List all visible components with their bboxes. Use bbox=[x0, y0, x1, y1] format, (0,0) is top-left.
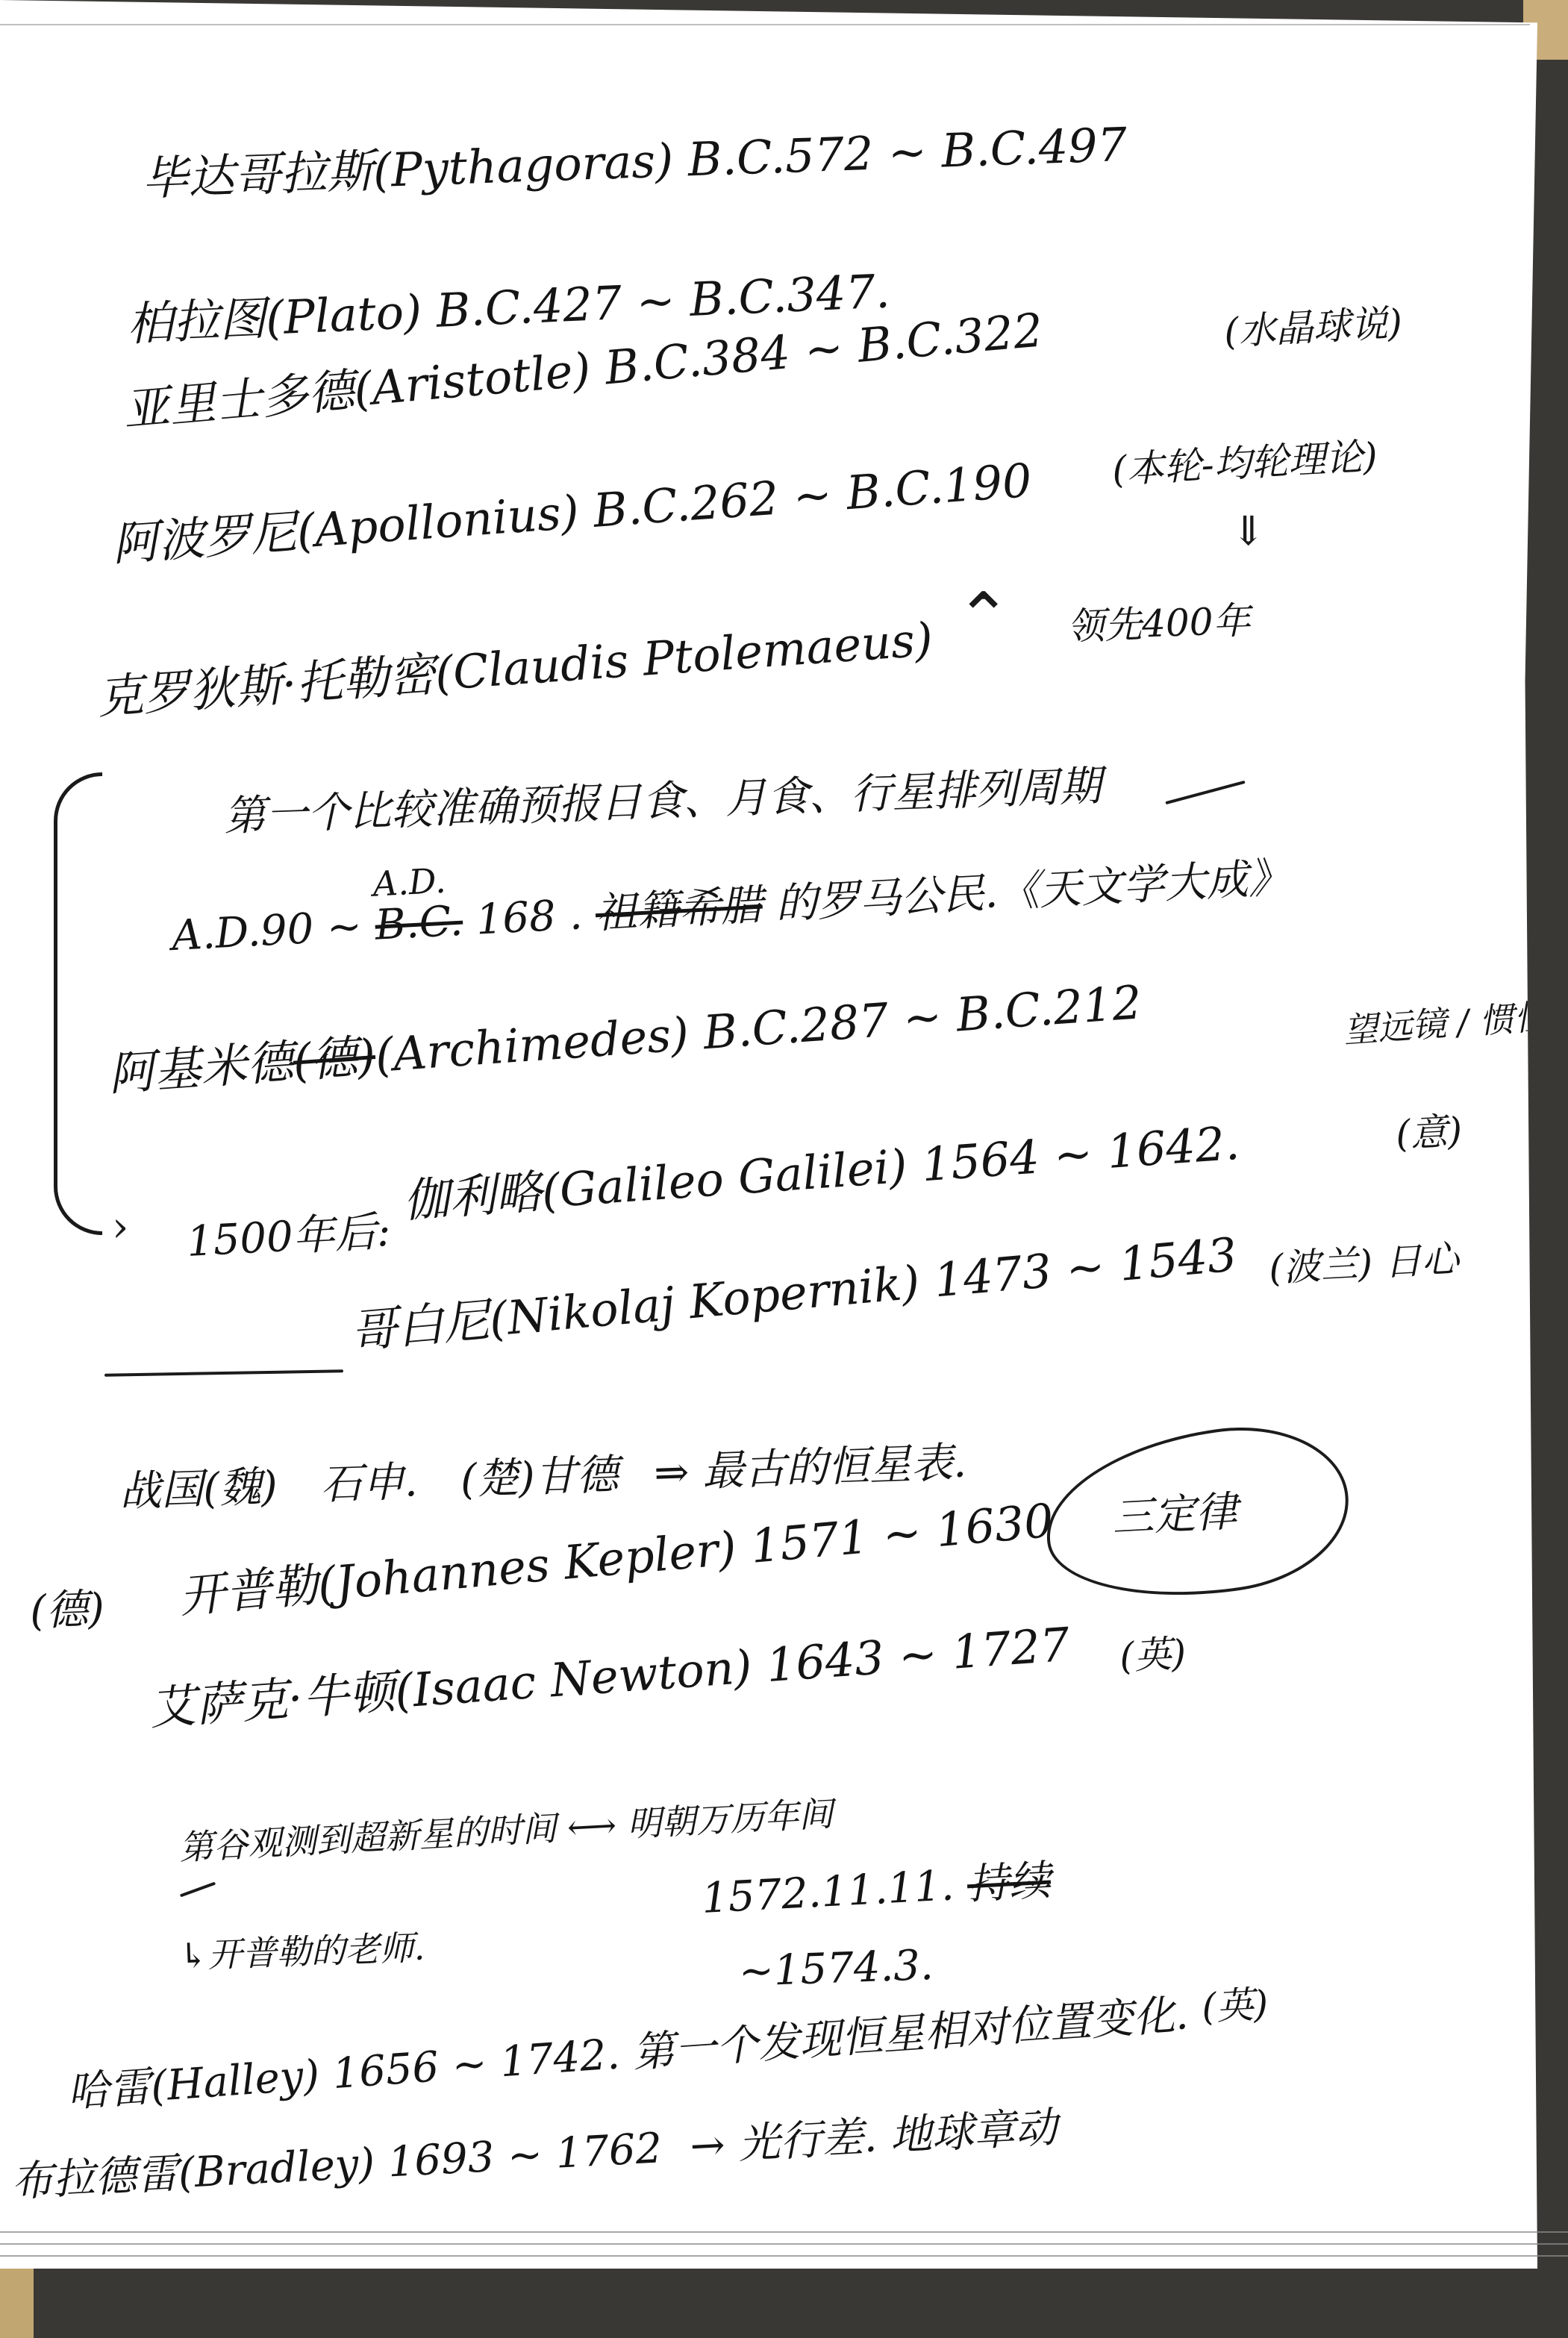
ptolemy-note: 领先400年 bbox=[1066, 590, 1252, 651]
entry-text: (Archimedes) B.C.287 ~ B.C.212 bbox=[373, 975, 1143, 1083]
entry-text: 艾萨克·牛顿(Isaac Newton) 1643 ~ 1727 bbox=[148, 1617, 1072, 1736]
ptolemy-description: 第一个比较准确预报日食、月食、行星排列周期 bbox=[223, 753, 1102, 843]
supernova-start-date: 1572.11.11. bbox=[701, 1861, 955, 1923]
galileo-note: (意) bbox=[1394, 1101, 1464, 1158]
entry-apollonius: 阿波罗尼(Apollonius) B.C.262 ~ B.C.190 bbox=[110, 443, 1034, 574]
section-divider bbox=[104, 1369, 343, 1377]
entry-text: 开普勒(Johannes Kepler) 1571 ~ 1630 bbox=[177, 1493, 1055, 1624]
entry-text: 战国(魏) bbox=[119, 1463, 278, 1516]
underline-stroke bbox=[1165, 781, 1245, 804]
struck-text: B.C. bbox=[374, 897, 464, 950]
entry-copernicus: 哥白尼(Nikolaj Kopernik) 1473 ~ 1543 bbox=[348, 1217, 1239, 1360]
archimedes-note: 望远镜 / 惯性系 bbox=[1342, 987, 1568, 1053]
double-arrow-icon: ⟷ bbox=[566, 1804, 618, 1847]
ming-dynasty-note: 明朝万历年间 bbox=[626, 1793, 834, 1844]
underline-stroke bbox=[180, 1882, 216, 1898]
ptolemy-dates: A.D.90 ~ B.C. A.D. 168 . 祖籍希腊 的罗马公民.《天文学… bbox=[170, 845, 1291, 963]
entry-text: 阿波罗尼(Apollonius) B.C.262 ~ B.C.190 bbox=[110, 453, 1034, 572]
entry-ptolemy: 克罗狄斯·托勒密(Claudis Ptolemaeus) bbox=[95, 602, 934, 727]
apollonius-note: (本轮-均轮理论) bbox=[1111, 426, 1378, 494]
entry-text: 布拉德雷(Bradley) 1693 ~ 1762 bbox=[10, 2124, 663, 2207]
entry-archimedes: 阿基米德(德)(Archimedes) B.C.287 ~ B.C.212 bbox=[106, 965, 1143, 1104]
notebook-page: 毕达哥拉斯(Pythagoras) B.C.572 ~ B.C.497 柏拉图(… bbox=[0, 0, 1537, 2269]
entry-newton: 艾萨克·牛顿(Isaac Newton) 1643 ~ 1727 bbox=[147, 1607, 1072, 1738]
dates-suffix: 的罗马公民.《天文学大成》 bbox=[775, 854, 1291, 929]
three-laws-note: 三定律 bbox=[1111, 1478, 1239, 1545]
entry-text: 毕达哥拉斯(Pythagoras) B.C.572 ~ B.C.497 bbox=[141, 117, 1128, 206]
shi-shen: 石申. bbox=[319, 1457, 418, 1509]
down-arrow-icon: ⇓ bbox=[1231, 507, 1265, 554]
right-arrow-icon: → bbox=[689, 2121, 726, 2171]
struck-text: 祖籍希腊 bbox=[594, 881, 763, 939]
kepler-teacher-note: ↳开普勒的老师. bbox=[178, 1921, 425, 1978]
entry-text: 伽利略(Galileo Galilei) 1564 ~ 1642. bbox=[402, 1116, 1241, 1228]
superscript-correction: A.D. bbox=[372, 860, 446, 904]
struck-text: 持续 bbox=[966, 1857, 1052, 1910]
halley-note: (英) bbox=[1200, 1974, 1269, 2031]
entry-text: 第谷观测到超新星的时间 bbox=[178, 1808, 557, 1868]
supernova-end-date: ~1574.3. bbox=[738, 1941, 934, 1996]
tycho-dates: 1572.11.11. 持续 bbox=[700, 1848, 1052, 1925]
copernicus-note: (波兰) 日心 bbox=[1267, 1229, 1460, 1293]
aristotle-note: (水晶球说) bbox=[1222, 293, 1403, 356]
galileo-prefix: 1500年后: bbox=[185, 1198, 392, 1269]
struck-text: (德) bbox=[291, 1028, 377, 1089]
newton-note: (英) bbox=[1118, 1623, 1187, 1681]
entry-text: 哥白尼(Nikolaj Kopernik) 1473 ~ 1543 bbox=[349, 1227, 1239, 1359]
dates-end: 168 . bbox=[475, 890, 584, 944]
right-arrow-icon: › bbox=[112, 1203, 128, 1251]
entry-text: 克罗狄斯·托勒密(Claudis Ptolemaeus) bbox=[96, 612, 934, 725]
bradley-discoveries: 光行差. 地球章动 bbox=[737, 2104, 1058, 2169]
entry-name: 阿基米德 bbox=[107, 1034, 296, 1101]
entry-tycho: 第谷观测到超新星的时间 ⟷ 明朝万历年间 bbox=[178, 1787, 834, 1870]
dates-start: A.D.90 ~ bbox=[171, 902, 363, 960]
gan-de: (楚)甘德 bbox=[460, 1451, 619, 1504]
page-top-edge bbox=[0, 24, 1530, 25]
kepler-country: (德) bbox=[29, 1576, 105, 1638]
caret-arrow-icon: ⌃ bbox=[955, 578, 1011, 657]
oldest-star-catalog: 最古的恒星表. bbox=[702, 1438, 967, 1495]
bracket-arrow bbox=[54, 772, 102, 1235]
stacked-sheet-edges bbox=[0, 2231, 1568, 2276]
implies-arrow-icon: ⇒ bbox=[653, 1448, 690, 1498]
entry-galileo: 伽利略(Galileo Galilei) 1564 ~ 1642. bbox=[401, 1106, 1241, 1231]
entry-pythagoras: 毕达哥拉斯(Pythagoras) B.C.572 ~ B.C.497 bbox=[140, 107, 1128, 208]
